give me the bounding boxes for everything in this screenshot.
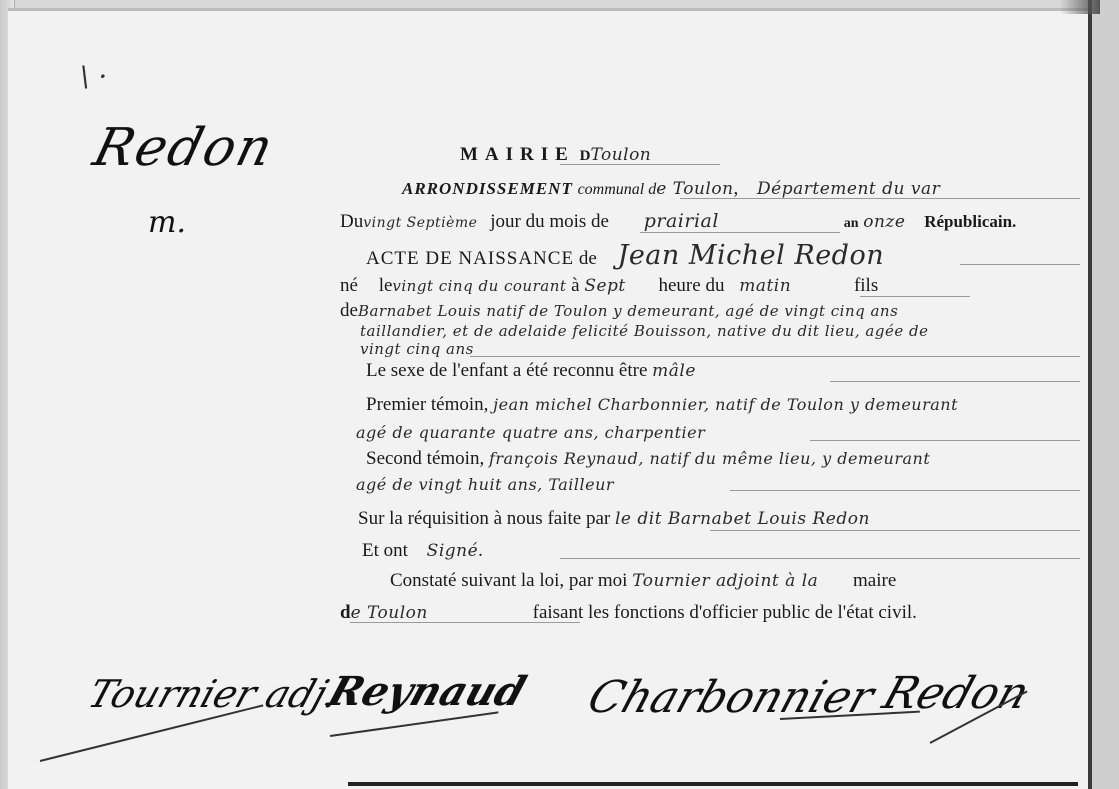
child-name: Jean Michel Redon — [618, 240, 885, 271]
date-month: prairial — [644, 210, 719, 232]
second-temoin-line-1: Second témoin, françois Reynaud, natif d… — [366, 448, 930, 470]
sexe-label: Le sexe de l'enfant a été reconnu être — [366, 360, 647, 381]
date-day: vingt Septième — [363, 215, 477, 231]
mairie-commune: Toulon — [590, 145, 651, 165]
date-mid: jour du mois de — [490, 211, 609, 232]
constate-tail: faisant les fonctions d'officier public … — [533, 602, 917, 623]
mairie-line: MAIRIE DToulon — [460, 144, 651, 166]
parents-line-1: deBarnabet Louis natif de Toulon y demeu… — [340, 300, 898, 322]
mairie-d: D — [580, 148, 591, 164]
page-right-edge — [1088, 0, 1119, 789]
margin-name: Redon — [88, 118, 281, 178]
parents-text-3: vingt cinq ans — [360, 340, 474, 358]
requisition-label: Sur la réquisition à nous faite par — [358, 508, 610, 529]
constate-d: d — [340, 602, 351, 623]
premier-temoin-label: Premier témoin, — [366, 394, 488, 415]
requisition-line: Sur la réquisition à nous faite par le d… — [358, 508, 870, 530]
margin-sub: m. — [148, 205, 186, 240]
sexe-value: mâle — [652, 361, 696, 381]
rule — [810, 440, 1080, 441]
rule — [960, 264, 1080, 265]
heure-label: heure — [659, 275, 701, 296]
constate-label: Constaté suivant la loi, par moi — [390, 570, 627, 591]
rule — [640, 232, 840, 233]
ne-label: né — [340, 275, 358, 296]
acte-de: de — [579, 248, 597, 269]
date-line: Duvingt Septième jour du mois de prairia… — [340, 210, 1016, 233]
constate-line-2: de Toulon faisant les fonctions d'offici… — [340, 602, 917, 624]
rule — [470, 356, 1080, 357]
premier-temoin-text-2: agé de quarante quatre ans, charpentier — [356, 423, 705, 442]
page-corner-shadow — [1060, 0, 1100, 14]
date-year: onze — [863, 212, 905, 232]
signature-tournier: Tournier adj. — [83, 672, 345, 716]
bottom-rule — [348, 782, 1078, 786]
margin-mark: \ · — [80, 60, 107, 93]
parents-text-1: Barnabet Louis natif de Toulon y demeura… — [358, 302, 898, 320]
birth-hour: Sept — [584, 276, 625, 296]
parents-de: de — [340, 300, 358, 321]
rule — [830, 381, 1080, 382]
arrondissement-label: ARRONDISSEMENT — [402, 179, 573, 198]
premier-temoin-line-2: agé de quarante quatre ans, charpentier — [356, 422, 705, 444]
departement-value: Département du var — [757, 179, 940, 199]
date-prefix: Du — [340, 211, 363, 232]
premier-temoin-line-1: Premier témoin, jean michel Charbonnier,… — [366, 394, 958, 416]
acte-label: ACTE DE NAISSANCE — [366, 248, 574, 269]
arrondissement-line: ARRONDISSEMENT communal de Toulon, Dépar… — [402, 178, 940, 200]
le-label: le — [379, 275, 393, 296]
rule — [730, 490, 1080, 491]
requisition-value: le dit Barnabet Louis Redon — [615, 509, 870, 529]
an-label: an — [844, 216, 859, 231]
du-label: du — [705, 275, 724, 296]
sexe-line: Le sexe de l'enfant a été reconnu être m… — [366, 360, 696, 382]
second-temoin-text-2: agé de vingt huit ans, Tailleur — [356, 475, 614, 494]
constate-value: Tournier adjoint à la — [632, 571, 818, 591]
birth-date: vingt cinq du courant — [392, 277, 566, 295]
signed-value: Signé — [427, 541, 478, 561]
rule — [710, 530, 1080, 531]
rule — [560, 558, 1080, 559]
rule — [860, 296, 970, 297]
arrondissement-value: e Toulon — [656, 179, 733, 199]
constate-commune: e Toulon — [351, 603, 428, 623]
second-temoin-label: Second témoin, — [366, 448, 484, 469]
fils-label: fils — [854, 275, 878, 296]
signed-line: Et ont Signé. — [362, 540, 483, 562]
constate-line-1: Constaté suivant la loi, par moi Tournie… — [390, 570, 896, 592]
date-suffix: Républicain. — [924, 212, 1016, 231]
signature-reynaud: Reynaud — [322, 668, 531, 715]
rule — [350, 622, 580, 623]
parents-line-3: vingt cinq ans — [360, 338, 474, 360]
ne-line: né levingt cinq du courant à Sept heure … — [340, 275, 878, 297]
a-label: à — [571, 275, 579, 296]
premier-temoin-text-1: jean michel Charbonnier, natif de Toulon… — [493, 395, 958, 414]
acte-line: ACTE DE NAISSANCE de Jean Michel Redon — [366, 240, 884, 271]
rule — [560, 164, 720, 165]
communal-label: communal d — [578, 181, 657, 198]
maire-label: maire — [853, 570, 896, 591]
rule — [680, 198, 1080, 199]
signed-label: Et ont — [362, 540, 408, 561]
birth-period: matin — [739, 276, 791, 296]
second-temoin-text-1: françois Reynaud, natif du même lieu, y … — [489, 449, 930, 468]
second-temoin-line-2: agé de vingt huit ans, Tailleur — [356, 474, 614, 496]
mairie-title: MAIRIE — [460, 144, 575, 165]
signed-end: . — [478, 540, 483, 561]
